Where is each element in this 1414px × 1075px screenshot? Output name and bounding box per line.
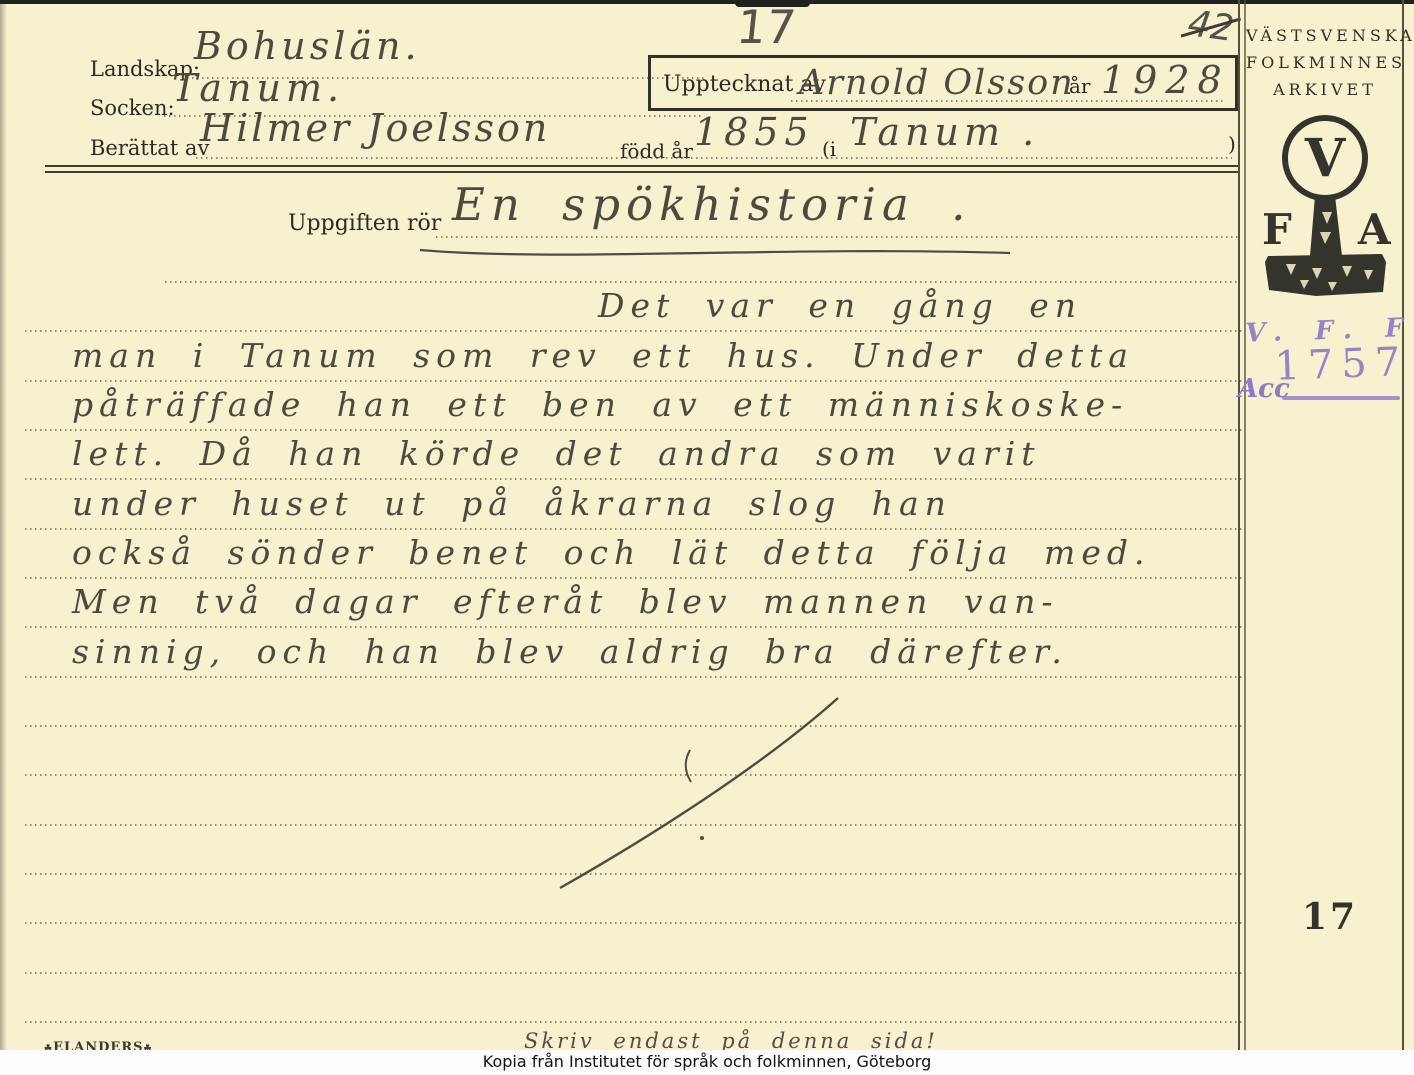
body-line: också sönder benet och lät detta följa m…: [72, 533, 1151, 572]
ruled-line: [25, 676, 1243, 678]
fodd-place: Tanum .: [850, 110, 1039, 154]
page-number-pencil: 17: [734, 0, 798, 54]
title-underline-flourish: [420, 250, 1010, 255]
fodd-label: född år: [620, 139, 693, 163]
ruled-line: [25, 626, 1243, 628]
ruled-line: [25, 972, 1243, 974]
uppgiften-label: Uppgiften rör: [288, 211, 441, 236]
ruled-line: [25, 330, 1243, 332]
ruled-line: [25, 380, 1243, 382]
uppgiften-underline: [436, 236, 1238, 238]
body-line: lett. Då han körde det andra som varit: [72, 434, 1041, 473]
ar-value: 1928: [1101, 58, 1230, 102]
ruled-line: [25, 577, 1243, 579]
copy-notice: Kopia från Institutet för språk och folk…: [0, 1050, 1414, 1073]
hammer-handle: [1310, 196, 1342, 256]
landskap-value: Bohuslän.: [194, 24, 421, 68]
ruled-line: [25, 922, 1243, 924]
stamp-handwriting-row: Acc: [1238, 374, 1408, 404]
card-right-edge-rule: [1402, 0, 1404, 1050]
ruled-line: [25, 824, 1243, 826]
berattat-label: Berättat av: [90, 136, 209, 160]
scan-left-edge: [0, 0, 7, 1075]
ink-dot: [700, 836, 704, 840]
small-paren-mark: [686, 750, 691, 782]
ruled-line: [25, 1021, 1243, 1023]
uppgiften-value: En spökhistoria .: [452, 178, 971, 231]
copy-notice-strip: Kopia från Institutet för språk och folk…: [0, 1050, 1414, 1075]
body-line: Det var en gång en: [598, 286, 1082, 325]
stamp-underline: [1282, 396, 1400, 400]
vfa-logo: V F A: [1252, 112, 1398, 312]
upptecknat-value: Arnold Olsson: [799, 63, 1075, 103]
body-line: Men två dagar efteråt blev mannen van-: [72, 582, 1059, 621]
archive-name-line: ARKIVET: [1246, 76, 1404, 103]
ruled-line: [25, 774, 1243, 776]
crossed-number: 42: [1185, 3, 1236, 50]
upptecknat-box: Upptecknat av Arnold Olsson år 1928: [648, 55, 1238, 111]
body-line: man i Tanum som rev ett hus. Under detta: [72, 336, 1134, 375]
logo-letter-a: A: [1357, 205, 1392, 254]
upptecknat-underline: [791, 100, 1225, 102]
paren-close: ): [1228, 132, 1236, 156]
ruled-line: [165, 281, 1240, 283]
ar-label: år: [1069, 74, 1090, 98]
berattat-underline: [196, 157, 1232, 159]
ruled-line: [25, 429, 1243, 431]
body-line: påträffade han ett ben av ett människosk…: [72, 385, 1128, 424]
header-rule-top: [45, 165, 1238, 167]
body-line: sinnig, och han blev aldrig bra därefter…: [72, 632, 1068, 671]
ruled-line: [25, 528, 1243, 530]
ruled-line: [25, 873, 1243, 875]
archive-card-page: Landskap: Bohuslän. Socken: Tanum. Berät…: [0, 0, 1414, 1075]
column-divider-inner: [1244, 0, 1246, 1050]
ruled-line: [25, 725, 1243, 727]
socken-label: Socken:: [90, 96, 175, 120]
logo-letter-v: V: [1304, 128, 1347, 189]
fodd-value: 1855: [694, 110, 815, 154]
ruled-line: [25, 478, 1243, 480]
archive-name-line: FOLKMINNES: [1246, 49, 1404, 76]
column-divider-outer: [1238, 0, 1240, 1050]
scan-top-edge: [0, 0, 1414, 4]
socken-value: Tanum.: [172, 66, 344, 110]
berattat-value: Hilmer Joelsson: [200, 106, 550, 150]
body-line: under huset ut på åkrarna slog han: [72, 484, 952, 523]
header-rule-bottom: [45, 171, 1238, 173]
page-number-printed: 17: [1302, 896, 1358, 938]
archive-name-line: VÄSTSVENSKA: [1246, 22, 1404, 49]
logo-letter-f: F: [1262, 205, 1292, 254]
archive-name: VÄSTSVENSKA FOLKMINNES ARKIVET: [1246, 22, 1404, 103]
